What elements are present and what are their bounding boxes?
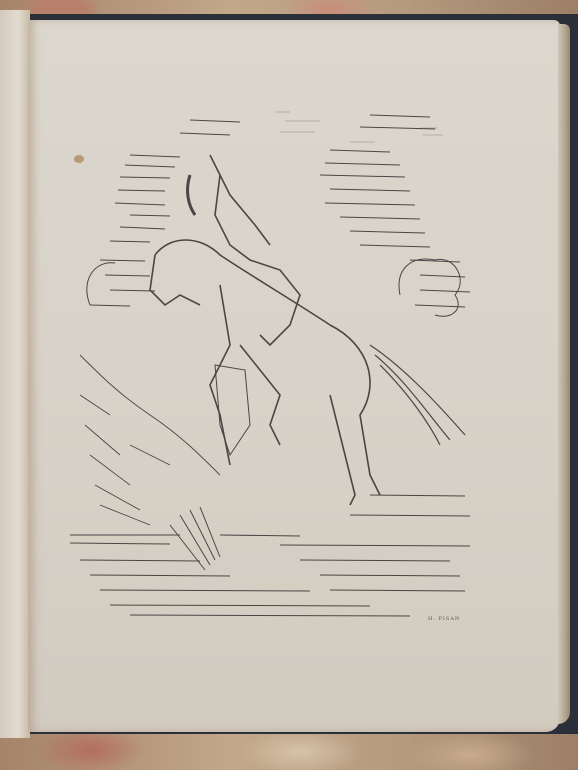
knight-figure — [210, 155, 300, 345]
rock — [215, 365, 250, 455]
sky-hatching — [90, 115, 470, 307]
left-bank-foliage — [80, 355, 220, 525]
left-page-edge — [0, 10, 30, 738]
engraver-signature: H. PISAN — [428, 616, 460, 622]
horse-tail — [370, 345, 465, 445]
horse-head — [150, 255, 200, 305]
cloud-left — [87, 263, 115, 305]
page-stack-edge — [558, 24, 570, 724]
cloud-right — [399, 259, 460, 316]
horse-body — [155, 240, 380, 505]
water-hatching — [70, 495, 470, 616]
knight-horse-engraving — [70, 95, 490, 635]
